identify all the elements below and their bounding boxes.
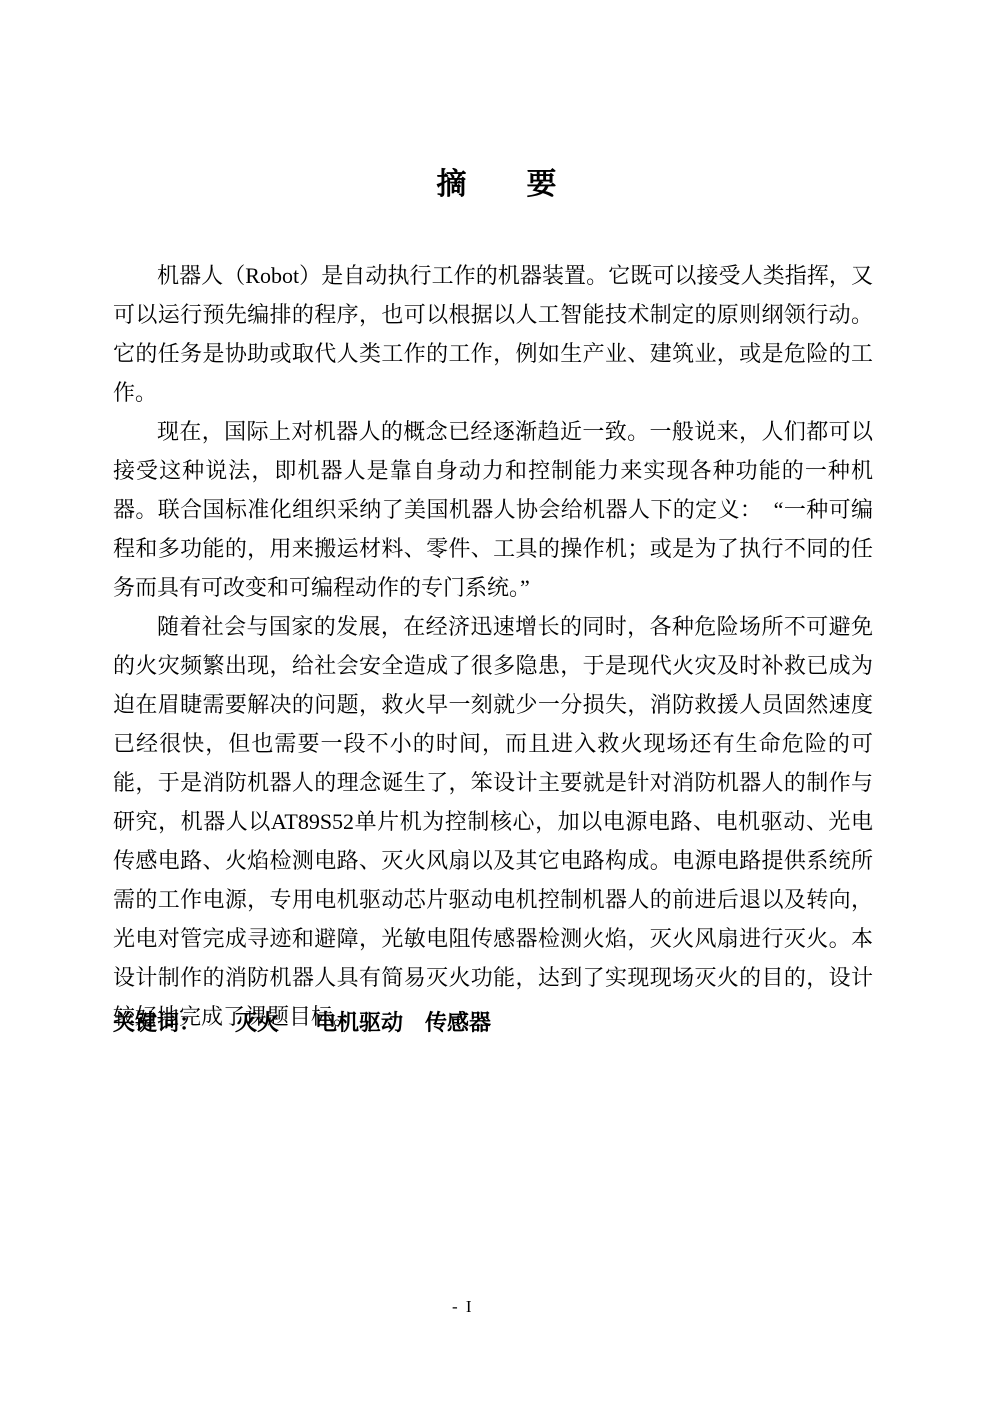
- abstract-page: 摘 要 机器人（Robot）是自动执行工作的机器装置。它既可以接受人类指挥，又可…: [0, 0, 993, 1404]
- paragraph-fire-robot-design: 随着社会与国家的发展，在经济迅速增长的同时，各种危险场所不可避免的火灾频繁出现，…: [113, 607, 873, 1036]
- keywords-line: 关键词：灭火电机驱动传感器: [113, 1003, 873, 1042]
- keyword-sensor: 传感器: [425, 1010, 491, 1035]
- keyword-motor-drive: 电机驱动: [315, 1010, 403, 1035]
- paragraph-robot-definition: 机器人（Robot）是自动执行工作的机器装置。它既可以接受人类指挥，又可以运行预…: [113, 256, 873, 412]
- page-title: 摘 要: [0, 167, 993, 203]
- page-number: - I: [452, 1297, 474, 1317]
- abstract-body: 机器人（Robot）是自动执行工作的机器装置。它既可以接受人类指挥，又可以运行预…: [113, 256, 873, 1036]
- keyword-extinguish-fire: 灭火: [235, 1010, 279, 1035]
- paragraph-robot-concept: 现在，国际上对机器人的概念已经逐渐趋近一致。一般说来，人们都可以接受这种说法，即…: [113, 412, 873, 607]
- keywords-label: 关键词：: [113, 1010, 201, 1035]
